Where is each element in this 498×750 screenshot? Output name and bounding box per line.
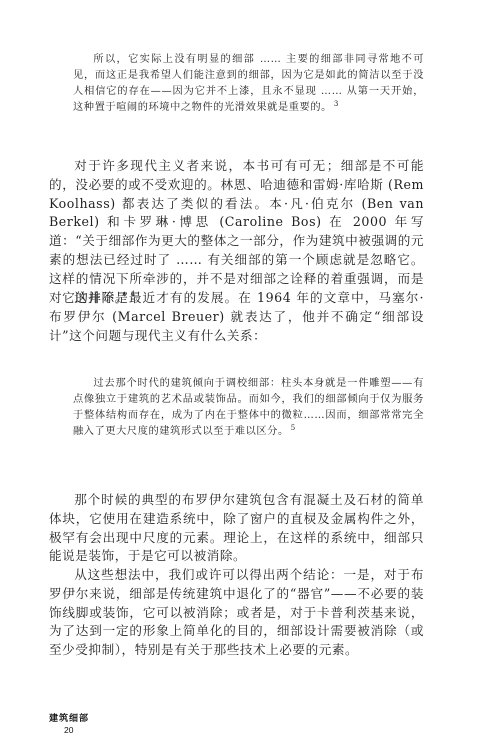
body-paragraph-1: 对于许多现代主义者来说，本书可有可无；细部是不可能的，没必要的或不受欢迎的。林恩… [49, 157, 424, 307]
quote-text: 过去那个时代的建筑倾向于调校细部：柱头本身就是一件雕塑——有点像独立于建筑的艺术… [73, 378, 424, 437]
footnote-marker: 5 [291, 424, 296, 432]
body-paragraph-4: 从这些想法中，我们或许可以得出两个结论：一是，对于布罗伊尔来说，细部是传统建筑中… [49, 566, 424, 660]
block-quote-1: 所以，它实际上没有明显的细部 …… 主要的细部非同寻常地不可见，而这正是我希望人… [73, 52, 424, 116]
body-paragraph-3: 那个时候的典型的布罗伊尔建筑包含有混凝土及石材的简单体块，它使用在建造系统中，除… [49, 491, 424, 566]
paragraph-text: 对于许多现代主义者来说，本书可有可无；细部是不可能的，没必要的或不受欢迎的。林恩… [49, 158, 424, 305]
paragraph-text: 那个时候的典型的布罗伊尔建筑包含有混凝土及石材的简单体块，它使用在建造系统中，除… [49, 492, 424, 563]
paragraph-text: 这并不是最近才有的发展。在 1964 年的文章中，马塞尔·布罗伊尔 (Marce… [49, 290, 424, 343]
page-number: 20 [64, 725, 73, 735]
running-footer-title: 建筑细部 [49, 711, 89, 724]
quote-text: 所以，它实际上没有明显的细部 …… 主要的细部非同寻常地不可见，而这正是我希望人… [73, 54, 424, 113]
body-paragraph-2: 这并不是最近才有的发展。在 1964 年的文章中，马塞尔·布罗伊尔 (Marce… [49, 289, 424, 345]
footnote-marker: 3 [334, 100, 339, 108]
document-page: 所以，它实际上没有明显的细部 …… 主要的细部非同寻常地不可见，而这正是我希望人… [0, 0, 498, 750]
paragraph-text: 从这些想法中，我们或许可以得出两个结论：一是，对于布罗伊尔来说，细部是传统建筑中… [49, 567, 424, 657]
block-quote-2: 过去那个时代的建筑倾向于调校细部：柱头本身就是一件雕塑——有点像独立于建筑的艺术… [73, 376, 424, 440]
